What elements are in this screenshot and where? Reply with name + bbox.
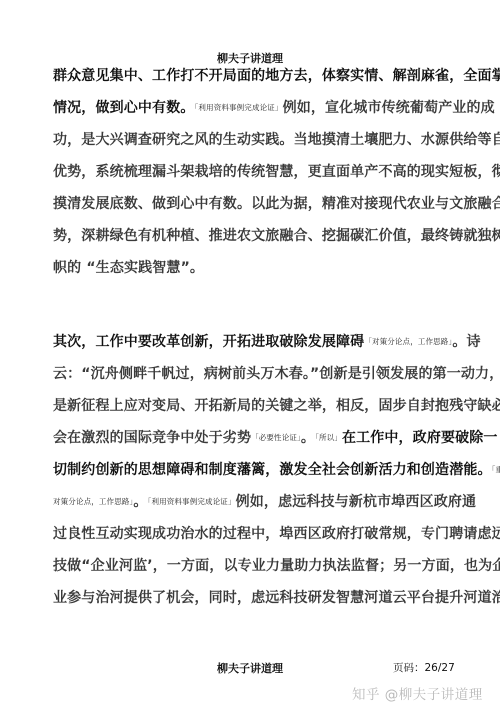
page-header-title: 柳夫子讲道理 — [0, 50, 500, 66]
zhihu-watermark: 知乎 @柳夫子讲道理 — [352, 683, 483, 703]
paragraph-gap — [53, 290, 448, 332]
text-line: 情况，做到心中有数。「利用资料事例完成论证」例如，宣化城市传统葡萄产业的成 — [53, 98, 448, 130]
text-line: 是新征程上应对变局、开拓新局的关键之举，相反，固步自封抱残守缺必然 — [53, 396, 448, 428]
text-segment: 技做“企业河监’，一方面，以专业力量助力执法监督；另一方面，也为企 — [53, 558, 500, 574]
text-segment: 业参与治河提供了机会，同时，虑远科技研发智慧河道云平台提升河道治理 — [53, 590, 500, 606]
paragraph-2: 其次，工作中要改革创新，开拓进取破除发展障碍「对策分论点，工作思路」。诗云：“沉… — [53, 332, 448, 620]
text-line: 其次，工作中要改革创新，开拓进取破除发展障碍「对策分论点，工作思路」。诗 — [53, 332, 448, 364]
document-body: 群众意见集中、工作打不开局面的地方去，体察实情、解剖麻雀，全面掌握情况，做到心中… — [53, 66, 448, 620]
page-number: 页码：26/27 — [393, 660, 455, 675]
text-segment: 。 — [301, 430, 315, 446]
text-segment: 例如，宣化城市传统葡萄产业的成 — [283, 100, 495, 116]
text-line: 优势，系统梳理漏斗架栽培的传统智慧，更直面单产不高的现实短板，彻底 — [53, 162, 448, 194]
text-segment: 其次，工作中要改革创新，开拓进取破除发展障碍 — [53, 334, 364, 350]
text-segment: 是新征程上应对变局、开拓新局的关键之举，相反，固步自封抱残守缺必然 — [53, 398, 500, 414]
annotation: 对策分论点，工作思路」 — [53, 497, 133, 506]
text-segment: 会在激烈的国际竞争中处于劣势 — [53, 430, 251, 446]
text-segment: 优势，系统梳理漏斗架栽培的传统智慧，更直面单产不高的现实短板，彻底 — [53, 164, 500, 180]
text-segment: 群众意见集中、工作打不开局面的地方去，体察实情、解剖麻雀，全面掌握 — [53, 68, 500, 84]
text-line: 摸清发展底数、做到心中有数。以此为据，精准对接现代农业与文旅融合趋 — [53, 194, 448, 226]
text-segment: 帜的 “生态实践智慧”。 — [53, 260, 204, 276]
text-segment: 例如，虑远科技与新杭市埠西区政府通 — [236, 494, 477, 510]
text-line: 切制约创新的思想障碍和制度藩篱，激发全社会创新活力和创造潜能。「重复 — [53, 460, 448, 492]
annotation: 「利用资料事例完成论证」 — [195, 103, 283, 112]
text-segment: 在工作中，政府要破除一 — [342, 430, 498, 446]
text-line: 云：“沉舟侧畔千帆过，病树前头万木春。”创新是引领发展的第一动力， — [53, 364, 448, 396]
text-line: 过良性互动实现成功治水的过程中，埠西区政府打破常规，专门聘请虑远科 — [53, 524, 448, 556]
text-segment: 云：“沉舟侧畔千帆过，病树前头万木春。”创新是引领发展的第一动力， — [53, 366, 500, 382]
text-line: 对策分论点，工作思路」。「利用资料事例完成论证」例如，虑远科技与新杭市埠西区政府… — [53, 492, 448, 524]
text-line: 帜的 “生态实践智慧”。 — [53, 258, 448, 290]
text-segment: 。诗 — [452, 334, 480, 350]
text-line: 功，是大兴调查研究之风的生动实践。当地摸清土壤肥力、水源供给等自然 — [53, 130, 448, 162]
text-segment: 摸清发展底数、做到心中有数。以此为据，精准对接现代农业与文旅融合趋 — [53, 196, 500, 212]
text-segment: 切制约创新的思想障碍和制度藩篱，激发全社会创新活力和创造潜能。 — [53, 462, 492, 478]
annotation: 「必要性论证」 — [251, 433, 301, 442]
text-line: 势，深耕绿色有机种植、推进农文旅融合、挖掘碳汇价值，最终铸就独树一 — [53, 226, 448, 258]
text-line: 群众意见集中、工作打不开局面的地方去，体察实情、解剖麻雀，全面掌握 — [53, 66, 448, 98]
text-segment: 功，是大兴调查研究之风的生动实践。当地摸清土壤肥力、水源供给等自然 — [53, 132, 500, 148]
text-line: 技做“企业河监’，一方面，以专业力量助力执法监督；另一方面，也为企 — [53, 556, 448, 588]
text-segment: 。 — [133, 494, 147, 510]
text-segment: 势，深耕绿色有机种植、推进农文旅融合、挖掘碳汇价值，最终铸就独树一 — [53, 228, 500, 244]
text-segment: 过良性互动实现成功治水的过程中，埠西区政府打破常规，专门聘请虑远科 — [53, 526, 500, 542]
annotation: 「所以」 — [315, 433, 342, 442]
text-line: 会在激烈的国际竞争中处于劣势「必要性论证」。「所以」在工作中，政府要破除一 — [53, 428, 448, 460]
annotation: 「重复 — [492, 465, 500, 474]
text-segment: 情况，做到心中有数。 — [53, 100, 195, 116]
annotation: 「利用资料事例完成论证」 — [148, 497, 236, 506]
text-line: 业参与治河提供了机会，同时，虑远科技研发智慧河道云平台提升河道治理 — [53, 588, 448, 620]
paragraph-1: 群众意见集中、工作打不开局面的地方去，体察实情、解剖麻雀，全面掌握情况，做到心中… — [53, 66, 448, 290]
annotation: 「对策分论点，工作思路」 — [364, 337, 452, 346]
